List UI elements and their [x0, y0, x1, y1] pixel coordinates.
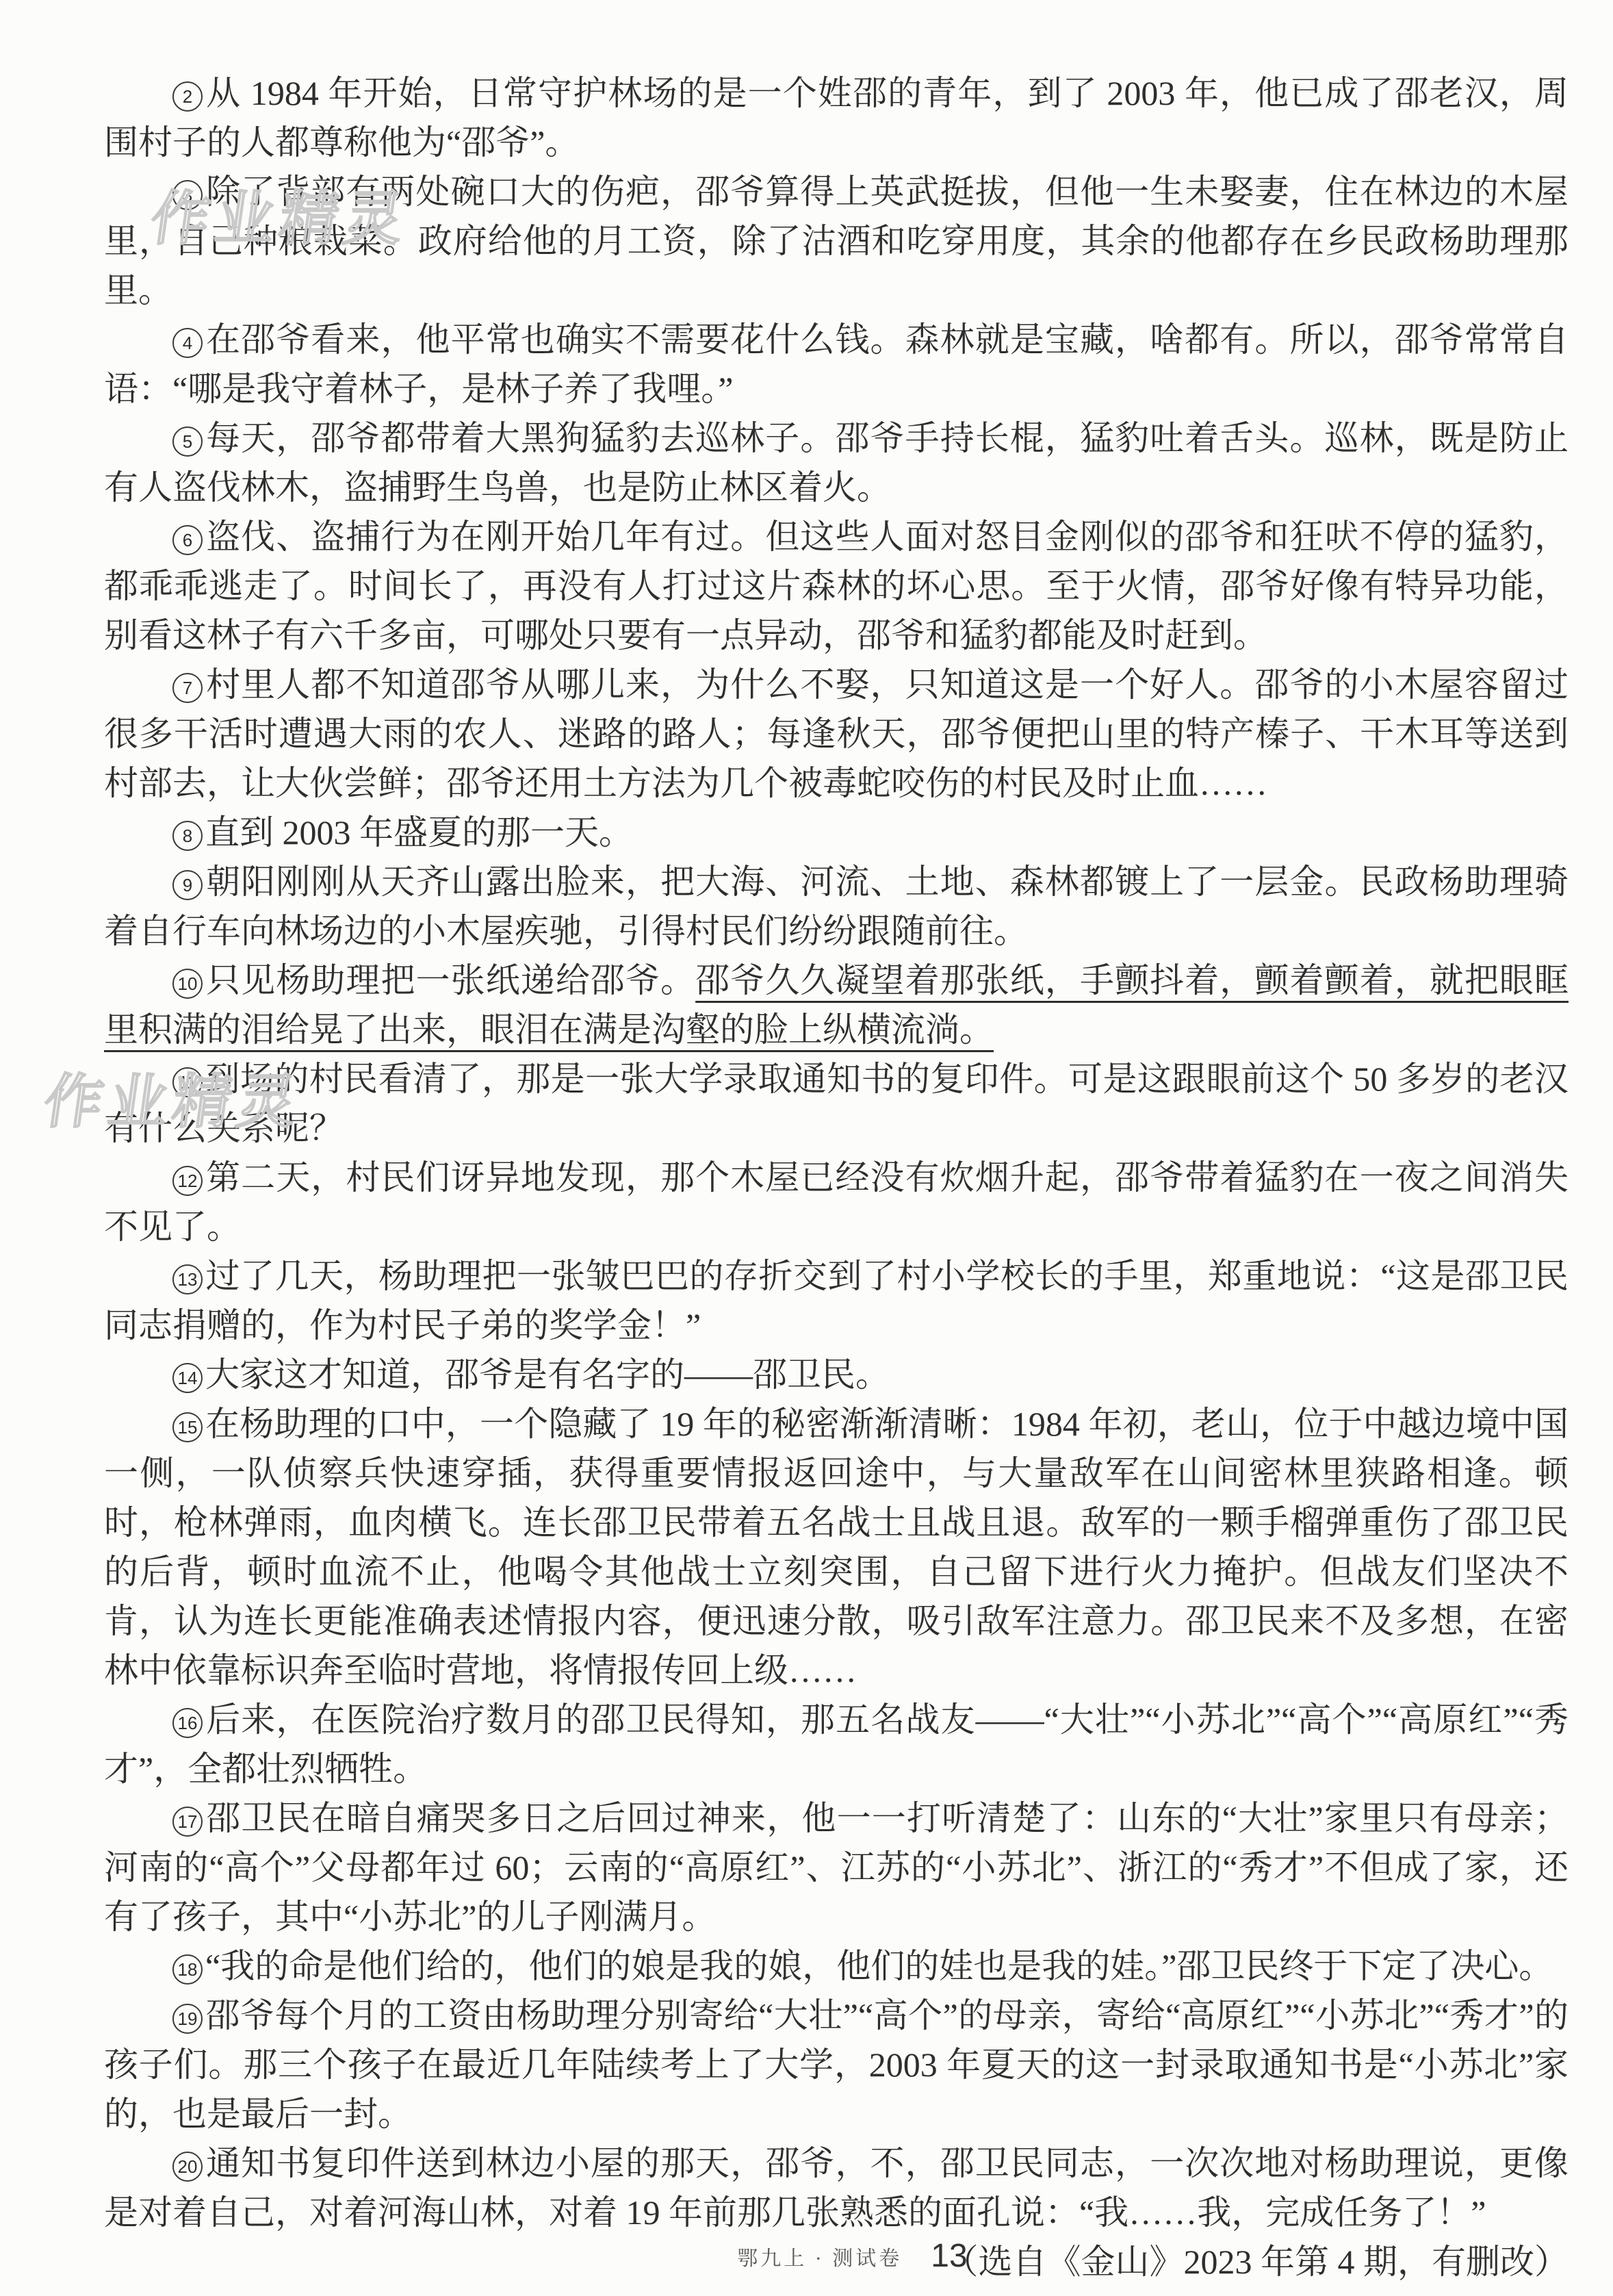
paragraph: 9朝阳刚刚从天齐山露出脸来，把大海、河流、土地、森林都镀上了一层金。民政杨助理骑…	[104, 857, 1569, 956]
paragraph: 18“我的命是他们给的，他们的娘是我的娘，他们的娃也是我的娃。”邵卫民终于下定了…	[104, 1941, 1569, 1991]
paragraph-number-badge: 7	[172, 673, 203, 703]
paragraph-text: 只见杨助理把一张纸递给邵爷。	[205, 961, 695, 999]
paragraph-text: 村里人都不知道邵爷从哪儿来，为什么不娶，只知道这是一个好人。邵爷的小木屋容留过很…	[104, 665, 1569, 802]
paragraph-text: 邵卫民在暗自痛哭多日之后回过神来，他一一打听清楚了：山东的“大壮”家里只有母亲；…	[104, 1799, 1569, 1936]
paragraph-number-badge: 17	[172, 1807, 203, 1837]
paragraph-text: 大家这才知道，邵爷是有名字的——邵卫民。	[205, 1355, 890, 1394]
paragraph-text: 每天，邵爷都带着大黑狗猛豹去巡林子。邵爷手持长棍，猛豹吐着舌头。巡林，既是防止有…	[104, 419, 1569, 507]
paragraph-text: 除了背部有两处碗口大的伤疤，邵爷算得上英武挺拔，但他一生未娶妻，住在林边的木屋里…	[104, 173, 1569, 309]
paragraph: 12第二天，村民们讶异地发现，那个木屋已经没有炊烟升起，邵爷带着猛豹在一夜之间消…	[104, 1153, 1569, 1251]
paragraph-list: 2从 1984 年开始，日常守护林场的是一个姓邵的青年，到了 2003 年，他已…	[104, 68, 1569, 2237]
paragraph-text: 在杨助理的口中，一个隐藏了 19 年的秘密渐渐清晰：1984 年初，老山，位于中…	[104, 1405, 1569, 1689]
paragraph: 16后来，在医院治疗数月的邵卫民得知，那五名战友——“大壮”“小苏北”“高个”“…	[104, 1695, 1569, 1794]
paragraph: 2从 1984 年开始，日常守护林场的是一个姓邵的青年，到了 2003 年，他已…	[104, 68, 1569, 167]
paragraph-number-badge: 10	[172, 969, 203, 999]
paragraph-number-badge: 2	[172, 81, 203, 112]
paragraph-number-badge: 11	[172, 1067, 203, 1097]
paragraph: 19邵爷每个月的工资由杨助理分别寄给“大壮”“高个”的母亲，寄给“高原红”“小苏…	[104, 1991, 1569, 2139]
paragraph-text: 盗伐、盗捕行为在刚开始几年有过。但这些人面对怒目金刚似的邵爷和狂吠不停的猛豹，都…	[104, 518, 1569, 654]
paragraph-text: 过了几天，杨助理把一张皱巴巴的存折交到了村小学校长的手里，郑重地说：“这是邵卫民…	[104, 1257, 1569, 1344]
paragraph: 6盗伐、盗捕行为在刚开始几年有过。但这些人面对怒目金刚似的邵爷和狂吠不停的猛豹，…	[104, 512, 1569, 660]
paragraph-number-badge: 13	[172, 1264, 203, 1294]
paragraph-text: 朝阳刚刚从天齐山露出脸来，把大海、河流、土地、森林都镀上了一层金。民政杨助理骑着…	[104, 863, 1569, 950]
paragraph: 7村里人都不知道邵爷从哪儿来，为什么不娶，只知道这是一个好人。邵爷的小木屋容留过…	[104, 660, 1569, 808]
paragraph-number-badge: 15	[172, 1412, 203, 1442]
page-number: 13	[931, 2237, 967, 2275]
paragraph-text: “我的命是他们给的，他们的娘是我的娘，他们的娃也是我的娃。”邵卫民终于下定了决心…	[205, 1947, 1553, 1985]
paragraph: 13过了几天，杨助理把一张皱巴巴的存折交到了村小学校长的手里，郑重地说：“这是邵…	[104, 1251, 1569, 1350]
paragraph: 5每天，邵爷都带着大黑狗猛豹去巡林子。邵爷手持长棍，猛豹吐着舌头。巡林，既是防止…	[104, 413, 1569, 512]
paragraph-text: 邵爷每个月的工资由杨助理分别寄给“大壮”“高个”的母亲，寄给“高原红”“小苏北”…	[104, 1996, 1569, 2133]
paragraph: 4在邵爷看来，他平常也确实不需要花什么钱。森林就是宝藏，啥都有。所以，邵爷常常自…	[104, 315, 1569, 413]
paragraph-number-badge: 14	[172, 1363, 203, 1393]
paragraph-number-badge: 12	[172, 1166, 203, 1196]
paragraph-text: 后来，在医院治疗数月的邵卫民得知，那五名战友——“大壮”“小苏北”“高个”“高原…	[104, 1700, 1569, 1788]
paragraph-number-badge: 6	[172, 525, 203, 555]
paragraph-number-badge: 5	[172, 426, 203, 457]
paragraph: 20通知书复印件送到林边小屋的那天，邵爷，不，邵卫民同志，一次次地对杨助理说，更…	[104, 2139, 1569, 2237]
paragraph-text: 直到 2003 年盛夏的那一天。	[205, 813, 633, 852]
paragraph: 14大家这才知道，邵爷是有名字的——邵卫民。	[104, 1350, 1569, 1399]
paragraph-text: 从 1984 年开始，日常守护林场的是一个姓邵的青年，到了 2003 年，他已成…	[104, 74, 1569, 162]
paragraph-text: 在邵爷看来，他平常也确实不需要花什么钱。森林就是宝藏，啥都有。所以，邵爷常常自语…	[104, 320, 1569, 408]
paragraph-text: 通知书复印件送到林边小屋的那天，邵爷，不，邵卫民同志，一次次地对杨助理说，更像是…	[104, 2144, 1569, 2232]
paragraph-text: 到场的村民看清了，那是一张大学录取通知书的复印件。可是这跟眼前这个 50 多岁的…	[104, 1060, 1569, 1147]
reading-passage: 2从 1984 年开始，日常守护林场的是一个姓邵的青年，到了 2003 年，他已…	[104, 68, 1569, 2286]
paragraph-number-badge: 9	[172, 870, 203, 900]
paragraph-number-badge: 4	[172, 328, 203, 358]
paragraph-number-badge: 3	[172, 180, 203, 210]
scanned-test-page: 作业精灵 作业精灵 2从 1984 年开始，日常守护林场的是一个姓邵的青年，到了…	[0, 0, 1613, 2296]
footer-booklet-label: 鄂九上 · 测试卷	[737, 2241, 902, 2271]
paragraph: 8直到 2003 年盛夏的那一天。	[104, 808, 1569, 857]
paragraph-number-badge: 18	[172, 1954, 203, 1985]
paragraph: 15在杨助理的口中，一个隐藏了 19 年的秘密渐渐清晰：1984 年初，老山，位…	[104, 1399, 1569, 1695]
paragraph-number-badge: 19	[172, 2004, 203, 2034]
page-footer: 鄂九上 · 测试卷 13	[92, 2237, 1613, 2275]
paragraph-text: 第二天，村民们讶异地发现，那个木屋已经没有炊烟升起，邵爷带着猛豹在一夜之间消失不…	[104, 1158, 1569, 1246]
paragraph-number-badge: 20	[172, 2152, 203, 2182]
paragraph: 3除了背部有两处碗口大的伤疤，邵爷算得上英武挺拔，但他一生未娶妻，住在林边的木屋…	[104, 167, 1569, 315]
paragraph: 17邵卫民在暗自痛哭多日之后回过神来，他一一打听清楚了：山东的“大壮”家里只有母…	[104, 1794, 1569, 1941]
paragraph: 10只见杨助理把一张纸递给邵爷。邵爷久久凝望着那张纸，手颤抖着，颤着颤着，就把眼…	[104, 956, 1569, 1054]
paragraph: 11到场的村民看清了，那是一张大学录取通知书的复印件。可是这跟眼前这个 50 多…	[104, 1054, 1569, 1153]
paragraph-number-badge: 16	[172, 1708, 203, 1738]
paragraph-number-badge: 8	[172, 821, 203, 851]
